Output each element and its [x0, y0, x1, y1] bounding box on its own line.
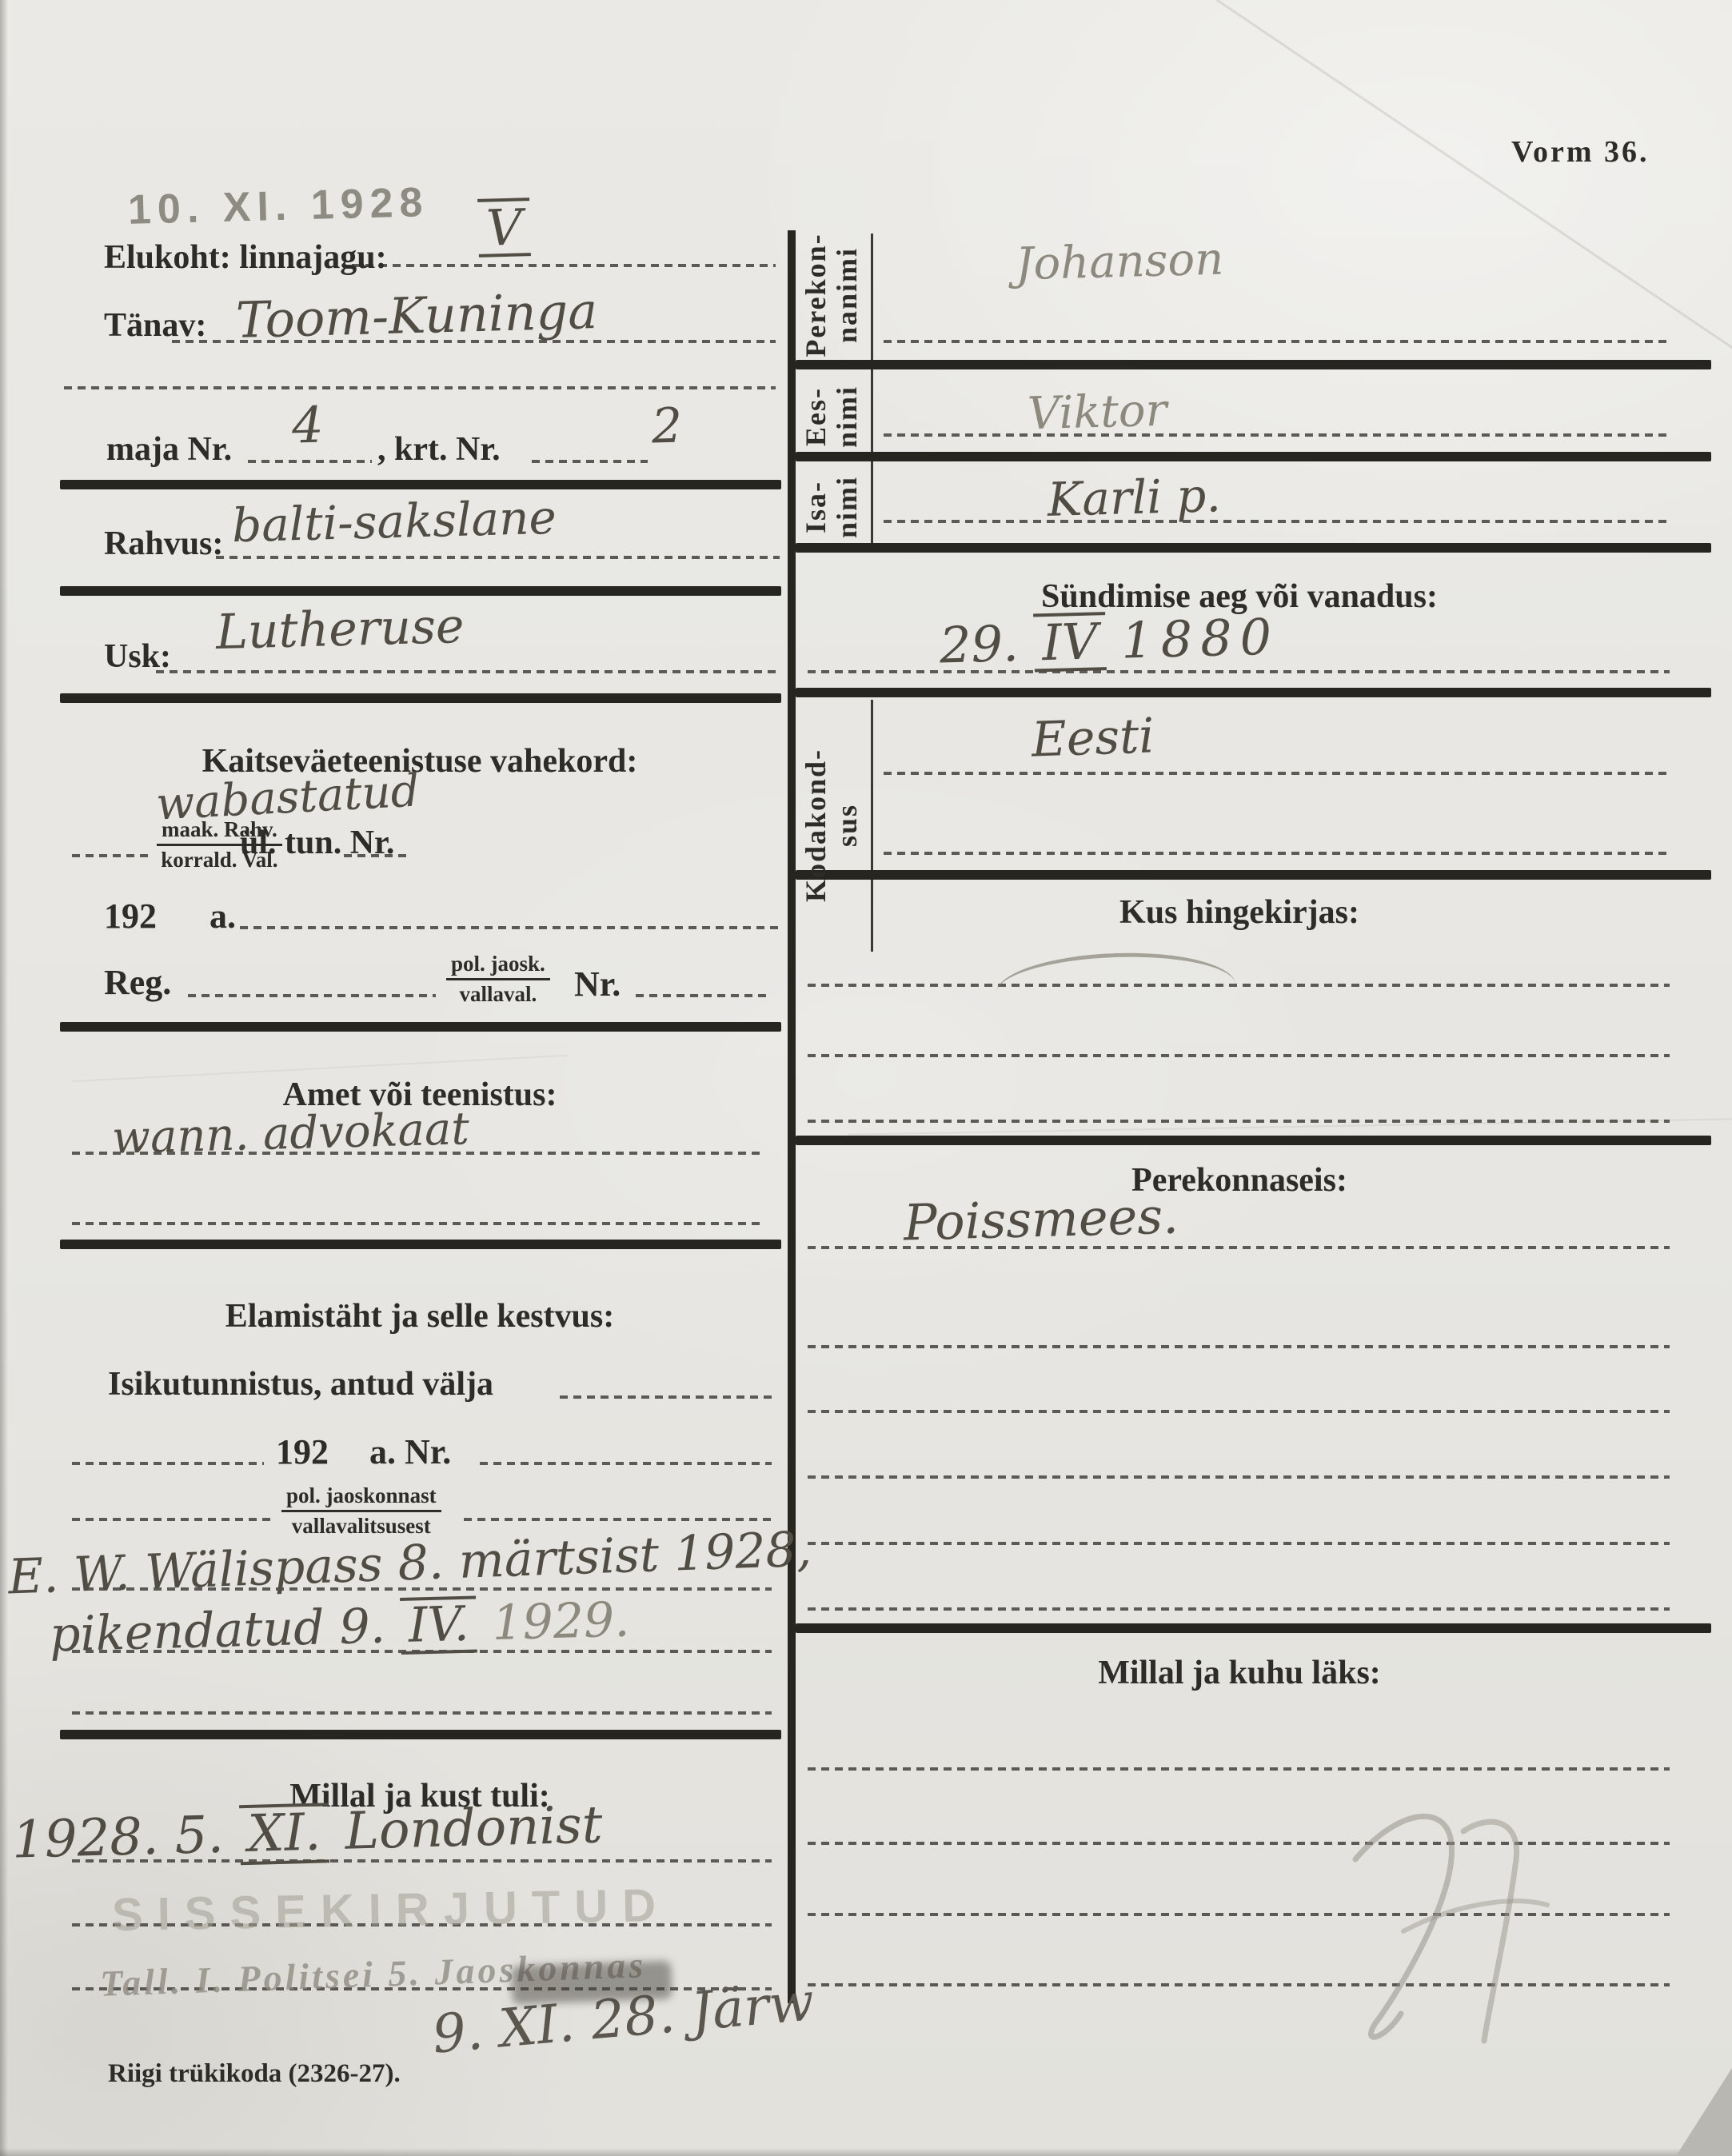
- dotted-line: [884, 772, 1671, 775]
- nr-label: Nr.: [574, 964, 621, 1004]
- eesnimi-label: Ees- nimi: [792, 369, 872, 465]
- usk-label: Usk:: [104, 637, 171, 676]
- roman-month: XI.: [239, 1803, 329, 1865]
- dotted-line: [156, 670, 780, 673]
- dotted-line: [884, 433, 1667, 437]
- fraction-bottom: vallaval.: [446, 980, 550, 1007]
- pol-vallaval-fraction: pol. jaosk. vallaval.: [446, 952, 550, 1007]
- dotted-line: [72, 1222, 760, 1225]
- dotted-line: [808, 1767, 1670, 1771]
- rahvus-label: Rahvus:: [104, 525, 223, 563]
- horizontal-rule: [796, 688, 1711, 697]
- isanimi-label: Isa- nimi: [792, 459, 872, 555]
- maja-value: 4: [291, 395, 324, 454]
- isikutunnistus-label: Isikutunnistus, antud välja: [108, 1365, 493, 1403]
- dotted-line: [560, 1395, 772, 1399]
- dotted-line: [808, 1345, 1670, 1348]
- dotted-line: [808, 1120, 1670, 1123]
- date-stamp: 10. XI. 1928: [127, 178, 429, 234]
- usk-value: Lutheruse: [215, 598, 465, 661]
- dotted-line: [64, 386, 776, 389]
- kaitse-title: Kaitseväeteenistuse vahekord:: [60, 742, 780, 781]
- horizontal-rule: [796, 870, 1711, 880]
- krt-label: , krt. Nr.: [377, 430, 501, 469]
- perekonnanimi-value: Johanson: [1015, 234, 1224, 291]
- fraction-top: pol. jaoskonnast: [281, 1483, 441, 1512]
- dotted-line: [480, 1462, 772, 1465]
- a-nr-label: a. Nr.: [369, 1431, 451, 1472]
- dotted-line: [808, 984, 1670, 987]
- paper-crease: [1182, 0, 1732, 362]
- isanimi-value: Karli p.: [1047, 468, 1221, 527]
- ul-tun-nr-label: ül. tun. Nr.: [240, 824, 394, 862]
- printer-note: Riigi trükikoda (2326-27).: [108, 2059, 401, 2089]
- perekonnaseis-value: Poissmees.: [903, 1187, 1179, 1252]
- dotted-line: [72, 1518, 272, 1521]
- elukoht-label: Elukoht: linnajagu:: [104, 238, 387, 277]
- dotted-line: [240, 926, 780, 929]
- elamistaht-title: Elamistäht ja selle kestvus:: [60, 1297, 780, 1336]
- dotted-line: [884, 520, 1667, 523]
- form-number: Vorm 36.: [1511, 134, 1649, 170]
- dotted-line: [808, 1410, 1670, 1413]
- dotted-line: [248, 460, 372, 463]
- horizontal-rule: [796, 360, 1711, 369]
- horizontal-rule: [796, 1623, 1711, 1633]
- horizontal-rule: [796, 1136, 1711, 1145]
- laks-title: Millal ja kuhu läks:: [800, 1654, 1679, 1692]
- eesnimi-value: Viktor: [1027, 385, 1167, 441]
- a-label: a.: [210, 896, 236, 936]
- corner-cut: [1676, 2068, 1732, 2156]
- reg-label: Reg.: [104, 962, 171, 1003]
- horizontal-rule: [796, 452, 1711, 461]
- pencil-scribble: [1279, 1783, 1615, 2071]
- dotted-line: [884, 852, 1671, 855]
- sissekirjutud-stamp: SISSEKIRJUTUD: [111, 1879, 670, 1942]
- scan-edge: [0, 2148, 1732, 2156]
- fraction-top: pol. jaosk.: [446, 952, 550, 980]
- dotted-line: [808, 1475, 1670, 1479]
- year2-label: 192: [276, 1431, 329, 1472]
- horizontal-rule: [60, 1240, 781, 1249]
- tanav-label: Tänav:: [104, 306, 206, 345]
- dotted-line: [884, 340, 1667, 343]
- horizontal-rule: [60, 480, 781, 489]
- dotted-line: [808, 1607, 1670, 1611]
- horizontal-rule: [796, 543, 1711, 553]
- year-label: 192: [104, 896, 157, 936]
- jaoskonnast-fraction: pol. jaoskonnast vallavalitsusest: [281, 1483, 441, 1539]
- sundimise-value: 29. IV 1880: [939, 607, 1280, 674]
- horizontal-rule: [60, 1730, 781, 1739]
- dotted-line: [636, 994, 768, 997]
- krt-value: 2: [651, 398, 683, 455]
- roman-month: IV.: [400, 1596, 477, 1655]
- perekonnanimi-label: Perekon- nanimi: [792, 227, 872, 363]
- dotted-line: [532, 460, 648, 463]
- rahvus-value: balti-sakslane: [231, 490, 557, 553]
- hingekirjas-title: Kus hingekirjas:: [800, 893, 1679, 932]
- scanned-form-page: Vorm 36. 10. XI. 1928 Elukoht: linnajagu…: [0, 0, 1732, 2156]
- stamp-smudge: [511, 1961, 672, 2005]
- dotted-line: [808, 1542, 1670, 1545]
- dotted-line: [72, 1462, 264, 1465]
- horizontal-rule: [60, 586, 781, 596]
- dotted-line: [352, 264, 776, 267]
- dotted-line: [188, 994, 436, 997]
- tanav-value: Toom-Kuninga: [235, 281, 598, 349]
- maja-label: maja Nr.: [106, 430, 232, 469]
- horizontal-rule: [60, 693, 781, 703]
- amet-value: wann. advokaat: [111, 1103, 469, 1164]
- dotted-line: [808, 1054, 1670, 1057]
- dotted-line: [808, 670, 1670, 673]
- roman-month: IV: [1033, 612, 1106, 672]
- scan-edge: [0, 0, 8, 2156]
- horizontal-rule: [60, 1022, 781, 1032]
- kodakondsus-value: Eesti: [1031, 708, 1155, 768]
- elukoht-value: V: [477, 198, 531, 258]
- dotted-line: [72, 854, 152, 857]
- dotted-line: [216, 556, 780, 559]
- dotted-line: [72, 1711, 772, 1715]
- dotted-line: [464, 1518, 772, 1521]
